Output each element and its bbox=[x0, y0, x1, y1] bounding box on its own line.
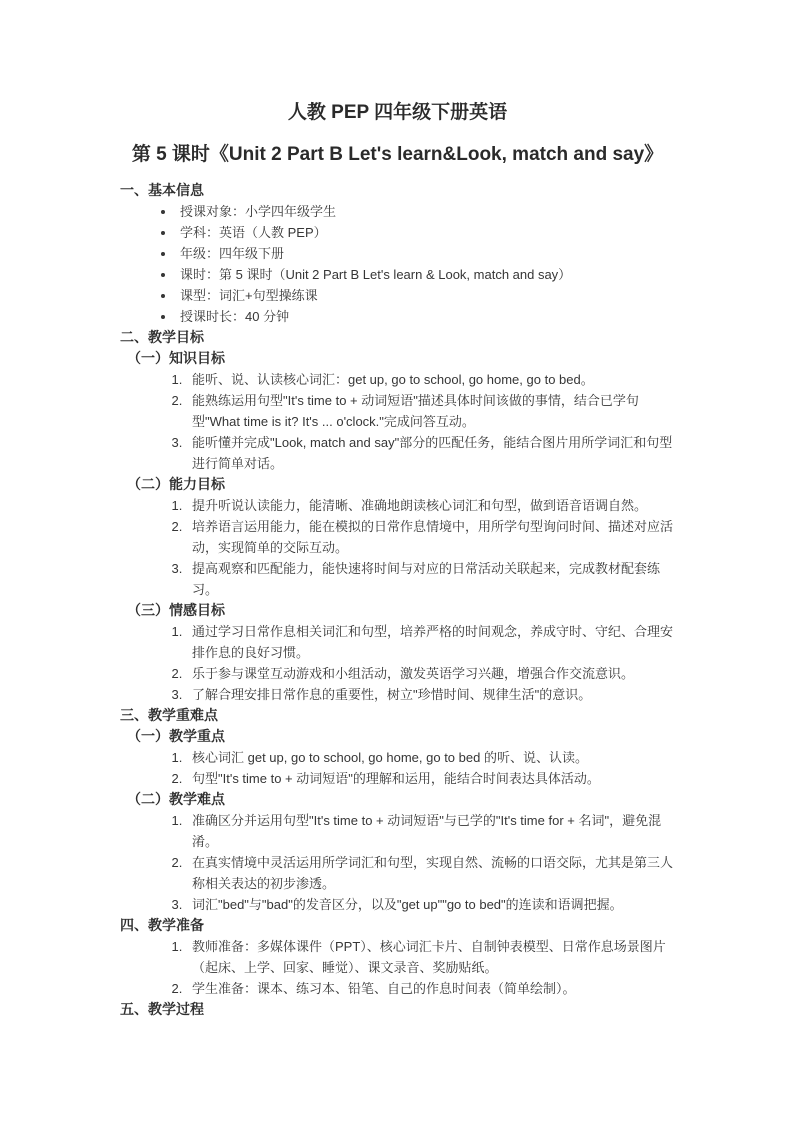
key-points-list: 核心词汇 get up, go to school, go home, go t… bbox=[120, 747, 675, 789]
list-item-subject: 学科：英语（人教 PEP） bbox=[176, 222, 675, 243]
subsection-heading-ability-goals: （二）能力目标 bbox=[120, 474, 675, 495]
list-item-lesson: 课时：第 5 课时（Unit 2 Part B Let's learn & Lo… bbox=[176, 264, 675, 285]
list-item: 教师准备：多媒体课件（PPT）、核心词汇卡片、自制钟表模型、日常作息场景图片（起… bbox=[186, 936, 675, 978]
section-basic-info: 一、基本信息 授课对象：小学四年级学生 学科：英语（人教 PEP） 年级：四年级… bbox=[120, 180, 675, 327]
list-item: 准确区分并运用句型"It's time to + 动词短语"与已学的"It's … bbox=[186, 810, 675, 852]
section-teaching-goals: 二、教学目标 （一）知识目标 能听、说、认读核心词汇：get up, go to… bbox=[120, 327, 675, 705]
list-item: 学生准备：课本、练习本、铅笔、自己的作息时间表（简单绘制）。 bbox=[186, 978, 675, 999]
section-heading-teaching-goals: 二、教学目标 bbox=[120, 327, 675, 348]
list-item: 词汇"bed"与"bad"的发音区分，以及"get up""go to bed"… bbox=[186, 894, 675, 915]
subsection-heading-difficult-points: （二）教学难点 bbox=[120, 789, 675, 810]
section-key-difficult-points: 三、教学重难点 （一）教学重点 核心词汇 get up, go to schoo… bbox=[120, 705, 675, 915]
list-item: 在真实情境中灵活运用所学词汇和句型，实现自然、流畅的口语交际，尤其是第三人称相关… bbox=[186, 852, 675, 894]
subsection-heading-key-points: （一）教学重点 bbox=[120, 726, 675, 747]
list-item: 培养语言运用能力，能在模拟的日常作息情境中，用所学句型询问时间、描述对应活动，实… bbox=[186, 516, 675, 558]
difficult-points-list: 准确区分并运用句型"It's time to + 动词短语"与已学的"It's … bbox=[120, 810, 675, 915]
list-item: 能熟练运用句型"It's time to + 动词短语"描述具体时间该做的事情，… bbox=[186, 390, 675, 432]
section-teaching-process: 五、教学过程 bbox=[120, 999, 675, 1020]
list-item-duration: 授课时长：40 分钟 bbox=[176, 306, 675, 327]
preparation-list: 教师准备：多媒体课件（PPT）、核心词汇卡片、自制钟表模型、日常作息场景图片（起… bbox=[120, 936, 675, 999]
list-item-audience: 授课对象：小学四年级学生 bbox=[176, 201, 675, 222]
subsection-heading-knowledge-goals: （一）知识目标 bbox=[120, 348, 675, 369]
doc-subtitle: 第 5 课时《Unit 2 Part B Let's learn&Look, m… bbox=[120, 142, 675, 168]
section-heading-basic-info: 一、基本信息 bbox=[120, 180, 675, 201]
emotion-goals-list: 通过学习日常作息相关词汇和句型，培养严格的时间观念，养成守时、守纪、合理安排作息… bbox=[120, 621, 675, 705]
list-item-grade: 年级：四年级下册 bbox=[176, 243, 675, 264]
doc-title: 人教 PEP 四年级下册英语 bbox=[120, 100, 675, 126]
list-item: 了解合理安排日常作息的重要性，树立"珍惜时间、规律生活"的意识。 bbox=[186, 684, 675, 705]
list-item: 乐于参与课堂互动游戏和小组活动，激发英语学习兴趣，增强合作交流意识。 bbox=[186, 663, 675, 684]
document-page: 人教 PEP 四年级下册英语 第 5 课时《Unit 2 Part B Let'… bbox=[0, 0, 794, 1123]
list-item: 提升听说认读能力，能清晰、准确地朗读核心词汇和句型，做到语音语调自然。 bbox=[186, 495, 675, 516]
list-item: 能听懂并完成"Look, match and say"部分的匹配任务，能结合图片… bbox=[186, 432, 675, 474]
subsection-heading-emotion-goals: （三）情感目标 bbox=[120, 600, 675, 621]
section-teaching-preparation: 四、教学准备 教师准备：多媒体课件（PPT）、核心词汇卡片、自制钟表模型、日常作… bbox=[120, 915, 675, 999]
list-item-lesson-type: 课型：词汇+句型操练课 bbox=[176, 285, 675, 306]
section-heading-teaching-process: 五、教学过程 bbox=[120, 999, 675, 1020]
list-item: 提高观察和匹配能力，能快速将时间与对应的日常活动关联起来，完成教材配套练习。 bbox=[186, 558, 675, 600]
basic-info-list: 授课对象：小学四年级学生 学科：英语（人教 PEP） 年级：四年级下册 课时：第… bbox=[120, 201, 675, 327]
knowledge-goals-list: 能听、说、认读核心词汇：get up, go to school, go hom… bbox=[120, 369, 675, 474]
list-item: 核心词汇 get up, go to school, go home, go t… bbox=[186, 747, 675, 768]
list-item: 能听、说、认读核心词汇：get up, go to school, go hom… bbox=[186, 369, 675, 390]
list-item: 句型"It's time to + 动词短语"的理解和运用，能结合时间表达具体活… bbox=[186, 768, 675, 789]
ability-goals-list: 提升听说认读能力，能清晰、准确地朗读核心词汇和句型，做到语音语调自然。 培养语言… bbox=[120, 495, 675, 600]
section-heading-teaching-preparation: 四、教学准备 bbox=[120, 915, 675, 936]
list-item: 通过学习日常作息相关词汇和句型，培养严格的时间观念，养成守时、守纪、合理安排作息… bbox=[186, 621, 675, 663]
section-heading-key-difficult-points: 三、教学重难点 bbox=[120, 705, 675, 726]
